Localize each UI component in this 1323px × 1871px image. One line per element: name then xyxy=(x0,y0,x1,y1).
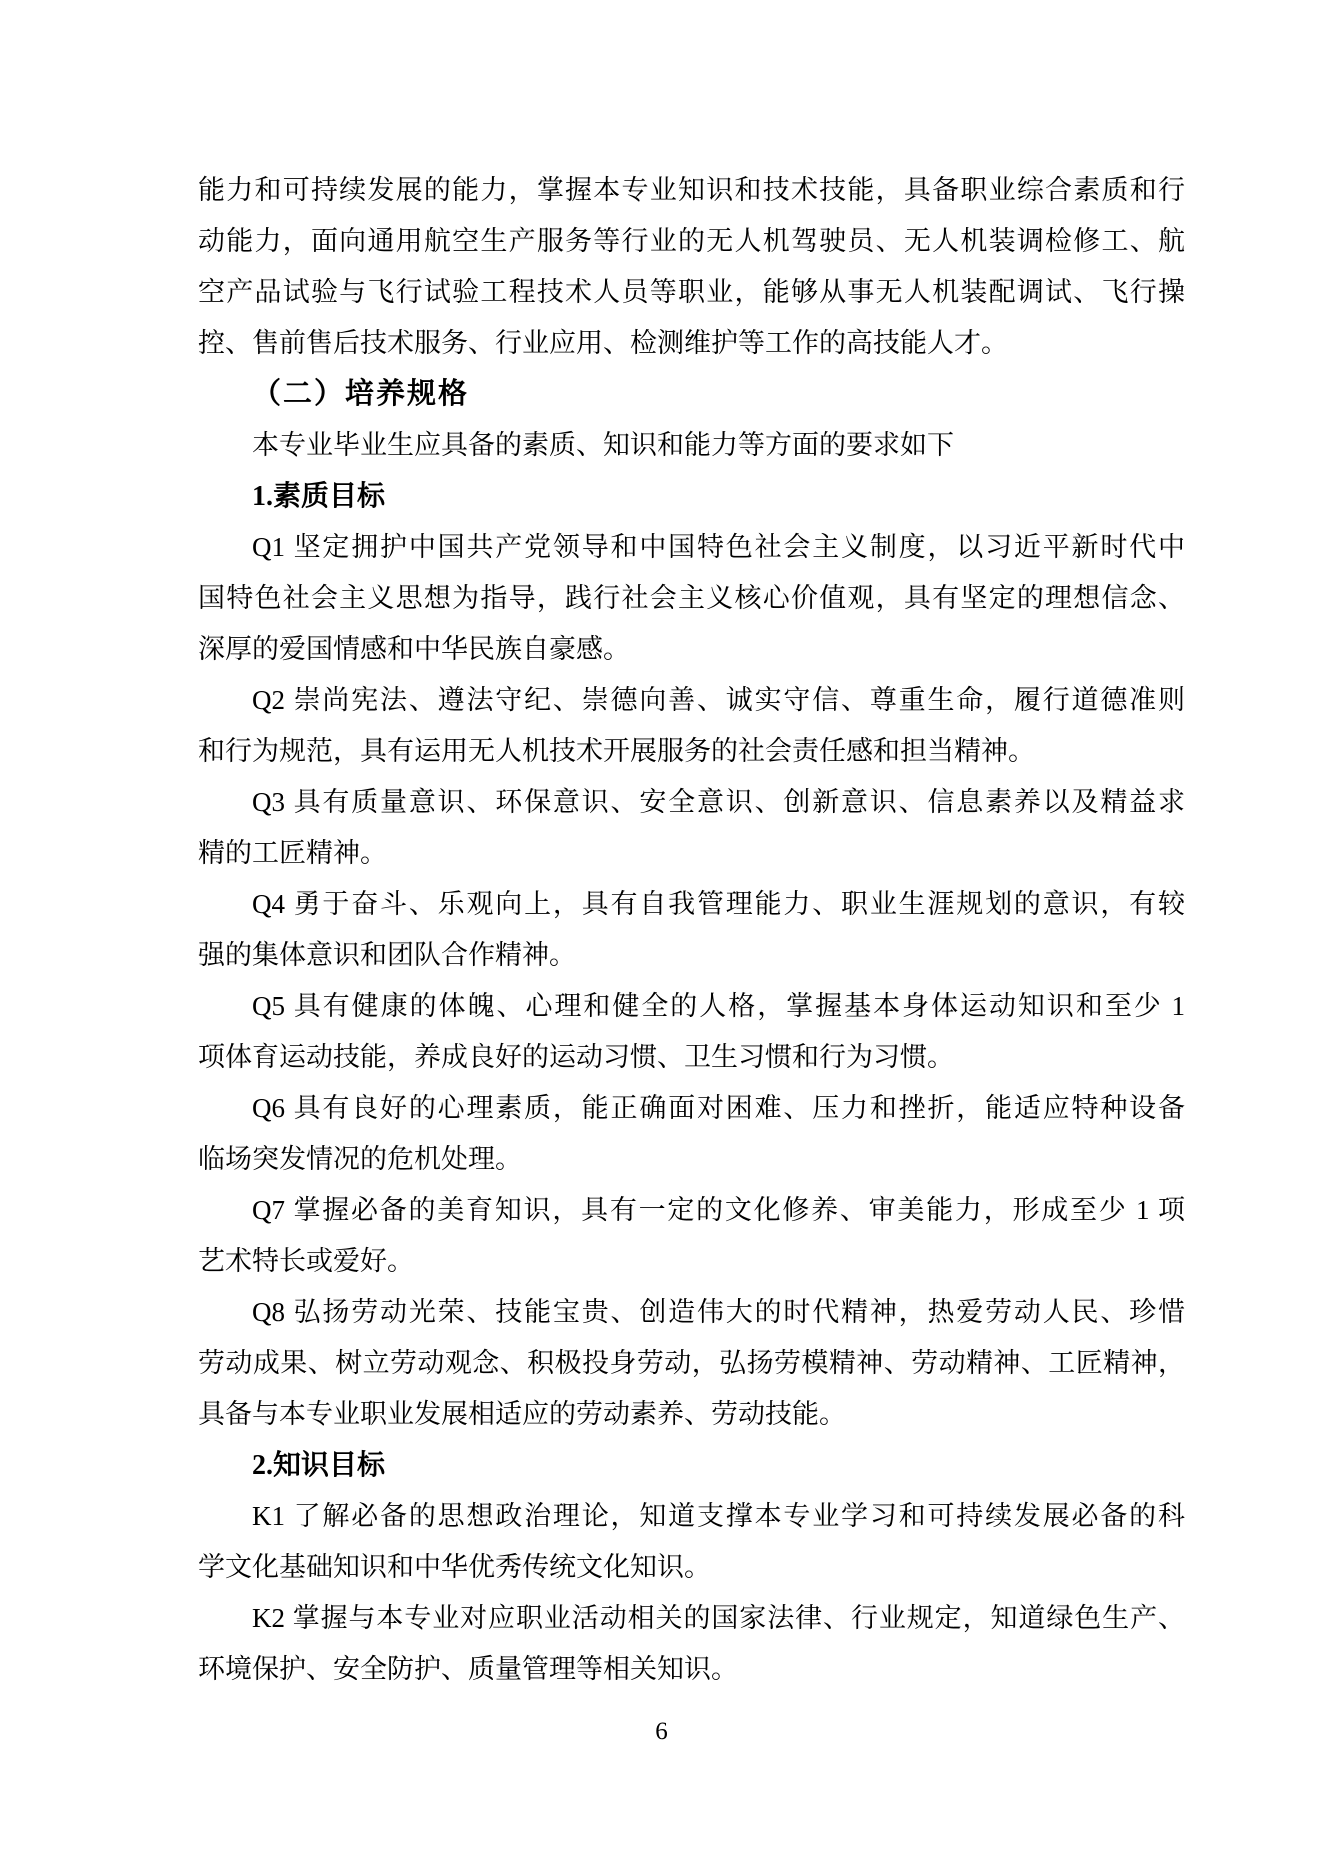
text-line: Q2 崇尚宪法、遵法守纪、崇德向善、诚实守信、尊重生命，履行道德准则 xyxy=(198,675,1185,726)
text-line: Q8 弘扬劳动光荣、技能宝贵、创造伟大的时代精神，热爱劳动人民、珍惜 xyxy=(198,1287,1185,1338)
text-line: Q6 具有良好的心理素质，能正确面对困难、压力和挫折，能适应特种设备 xyxy=(198,1083,1185,1134)
text-line: 本专业毕业生应具备的素质、知识和能力等方面的要求如下 xyxy=(198,420,1185,471)
text-line: 强的集体意识和团队合作精神。 xyxy=(198,930,1185,981)
text-line: 劳动成果、树立劳动观念、积极投身劳动，弘扬劳模精神、劳动精神、工匠精神， xyxy=(198,1338,1185,1389)
text-line: 空产品试验与飞行试验工程技术人员等职业，能够从事无人机装配调试、飞行操 xyxy=(198,267,1185,318)
section-heading: 1.素质目标 xyxy=(198,471,1185,522)
text-line: Q7 掌握必备的美育知识，具有一定的文化修养、审美能力，形成至少 1 项 xyxy=(198,1185,1185,1236)
text-line: 艺术特长或爱好。 xyxy=(198,1236,1185,1287)
text-line: 具备与本专业职业发展相适应的劳动素养、劳动技能。 xyxy=(198,1389,1185,1440)
text-line: 动能力，面向通用航空生产服务等行业的无人机驾驶员、无人机装调检修工、航 xyxy=(198,216,1185,267)
text-line: Q1 坚定拥护中国共产党领导和中国特色社会主义制度，以习近平新时代中 xyxy=(198,522,1185,573)
text-line: 能力和可持续发展的能力，掌握本专业知识和技术技能，具备职业综合素质和行 xyxy=(198,165,1185,216)
text-line: 精的工匠精神。 xyxy=(198,828,1185,879)
text-line: 国特色社会主义思想为指导，践行社会主义核心价值观，具有坚定的理想信念、 xyxy=(198,573,1185,624)
text-line: 和行为规范，具有运用无人机技术开展服务的社会责任感和担当精神。 xyxy=(198,726,1185,777)
text-line: K2 掌握与本专业对应职业活动相关的国家法律、行业规定，知道绿色生产、 xyxy=(198,1593,1185,1644)
page-content: 能力和可持续发展的能力，掌握本专业知识和技术技能，具备职业综合素质和行动能力，面… xyxy=(198,165,1185,1695)
section-heading: 2.知识目标 xyxy=(198,1440,1185,1491)
text-line: 项体育运动技能，养成良好的运动习惯、卫生习惯和行为习惯。 xyxy=(198,1032,1185,1083)
text-line: 环境保护、安全防护、质量管理等相关知识。 xyxy=(198,1644,1185,1695)
text-line: 控、售前售后技术服务、行业应用、检测维护等工作的高技能人才。 xyxy=(198,318,1185,369)
text-line: 深厚的爱国情感和中华民族自豪感。 xyxy=(198,624,1185,675)
section-heading: （二）培养规格 xyxy=(198,369,1185,420)
text-line: Q3 具有质量意识、环保意识、安全意识、创新意识、信息素养以及精益求 xyxy=(198,777,1185,828)
text-line: 学文化基础知识和中华优秀传统文化知识。 xyxy=(198,1542,1185,1593)
text-line: Q5 具有健康的体魄、心理和健全的人格，掌握基本身体运动知识和至少 1 xyxy=(198,981,1185,1032)
page-number: 6 xyxy=(0,1706,1323,1757)
text-line: 临场突发情况的危机处理。 xyxy=(198,1134,1185,1185)
document-page: 能力和可持续发展的能力，掌握本专业知识和技术技能，具备职业综合素质和行动能力，面… xyxy=(0,0,1323,1871)
text-line: K1 了解必备的思想政治理论，知道支撑本专业学习和可持续发展必备的科 xyxy=(198,1491,1185,1542)
text-line: Q4 勇于奋斗、乐观向上，具有自我管理能力、职业生涯规划的意识，有较 xyxy=(198,879,1185,930)
